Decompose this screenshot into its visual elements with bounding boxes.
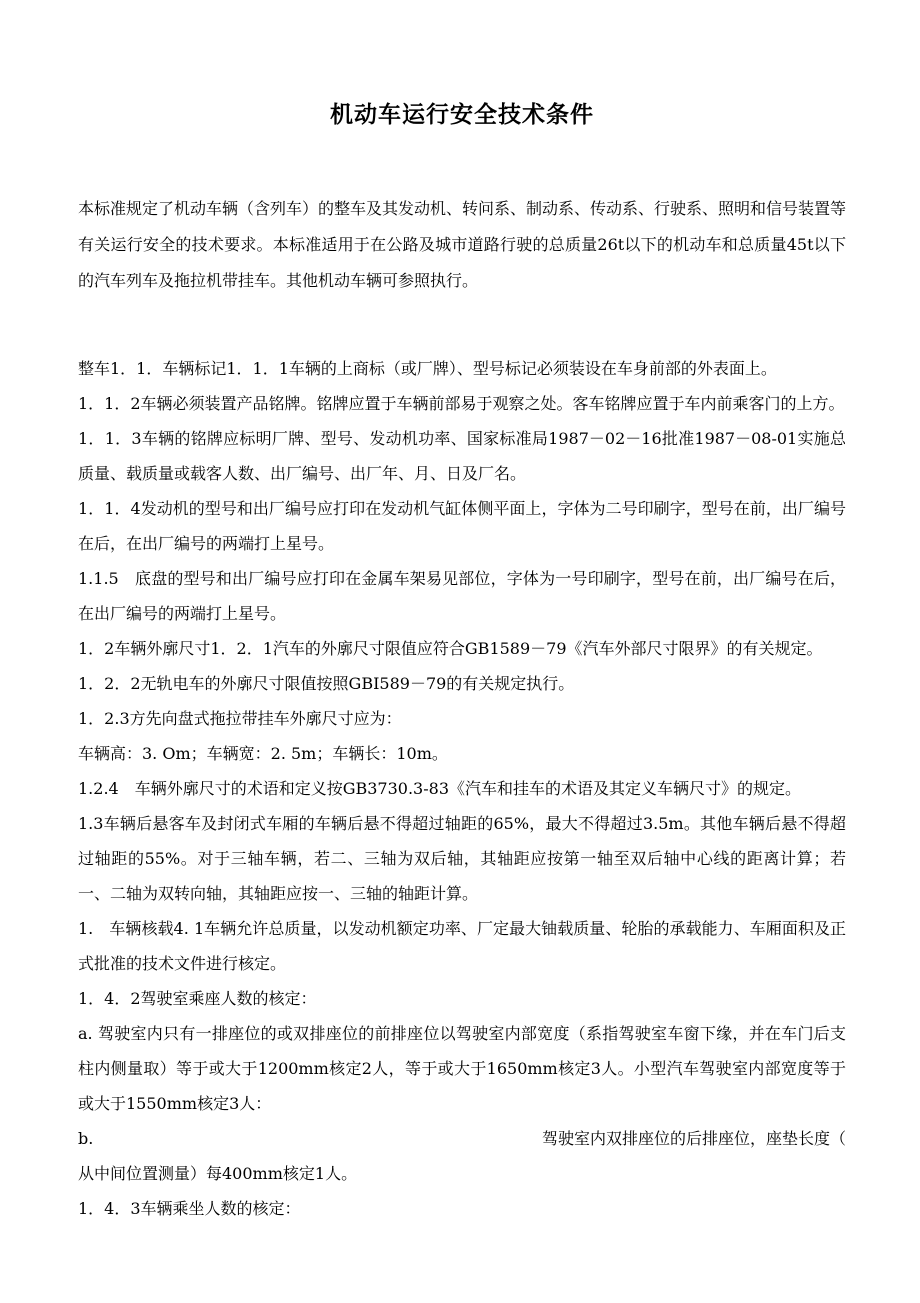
- item-b-marker: b.: [78, 1121, 93, 1156]
- paragraph-1-1-4: 1．1．4发动机的型号和出厂编号应打印在发动机气缸体侧平面上，字体为二号印刷字，…: [78, 491, 846, 561]
- paragraph-1-4-3: 1．4．3车辆乘坐人数的核定：: [78, 1191, 846, 1226]
- paragraph-4-1: 1. 车辆核载4. 1车辆允许总质量，以发动机额定功率、厂定最大铀载质量、轮胎的…: [78, 911, 846, 981]
- paragraph-item-a: a. 驾驶室内只有一排座位的或双排座位的前排座位以驾驶室内部宽度（系指驾驶室车窗…: [78, 1016, 846, 1121]
- item-b-text: 驾驶室内双排座位的后排座位，座垫长度（: [542, 1121, 846, 1156]
- intro-paragraph: 本标准规定了机动车辆（含列车）的整车及其发动机、转问系、制动系、传动系、行驶系、…: [78, 191, 846, 299]
- document-body: 整车1．1．车辆标记1．1．1车辆的上商标（或厂牌）、型号标记必须装设在车身前部…: [78, 351, 846, 1226]
- paragraph-item-b-continuation: 从中间位置测量）每400mm核定1人。: [78, 1156, 846, 1191]
- paragraph-1-1-3: 1．1．3车辆的铭牌应标明厂牌、型号、发动机功率、国家标准局1987－02－16…: [78, 421, 846, 491]
- page-title: 机动车运行安全技术条件: [78, 96, 846, 129]
- paragraph-1-4-2: 1．4．2驾驶室乘座人数的核定：: [78, 981, 846, 1016]
- paragraph-1-2-1: 1．2车辆外廓尺寸1．2．1汽车的外廓尺寸限值应符合GB1589－79《汽车外部…: [78, 631, 846, 666]
- paragraph-1-2-2: 1．2．2无轨电车的外廓尺寸限值按照GBI589－79的有关规定执行。: [78, 666, 846, 701]
- paragraph-1-1-1: 整车1．1．车辆标记1．1．1车辆的上商标（或厂牌）、型号标记必须装设在车身前部…: [78, 351, 846, 386]
- paragraph-1-1-2: 1．1．2车辆必须装置产品铭牌。铭牌应置于车辆前部易于观察之处。客车铭牌应置于车…: [78, 386, 846, 421]
- paragraph-1-1-5: 1.1.5 底盘的型号和出厂编号应打印在金属车架易见部位，字体为一号印刷字，型号…: [78, 561, 846, 631]
- document-page: 机动车运行安全技术条件 本标准规定了机动车辆（含列车）的整车及其发动机、转问系、…: [0, 0, 920, 1303]
- paragraph-1-2-4: 1.2.4 车辆外廓尺寸的术语和定义按GB3730.3-83《汽车和挂车的术语及…: [78, 771, 846, 806]
- paragraph-item-b: b. 驾驶室内双排座位的后排座位，座垫长度（: [78, 1121, 846, 1156]
- paragraph-1-2-3: 1．2.3方先向盘式拖拉带挂车外廓尺寸应为：: [78, 701, 846, 736]
- paragraph-vehicle-dimensions: 车辆高：3. Om；车辆宽：2. 5m；车辆长：10m。: [78, 736, 846, 771]
- paragraph-1-3: 1.3车辆后悬客车及封闭式车厢的车辆后悬不得超过轴距的65%，最大不得超过3.5…: [78, 806, 846, 911]
